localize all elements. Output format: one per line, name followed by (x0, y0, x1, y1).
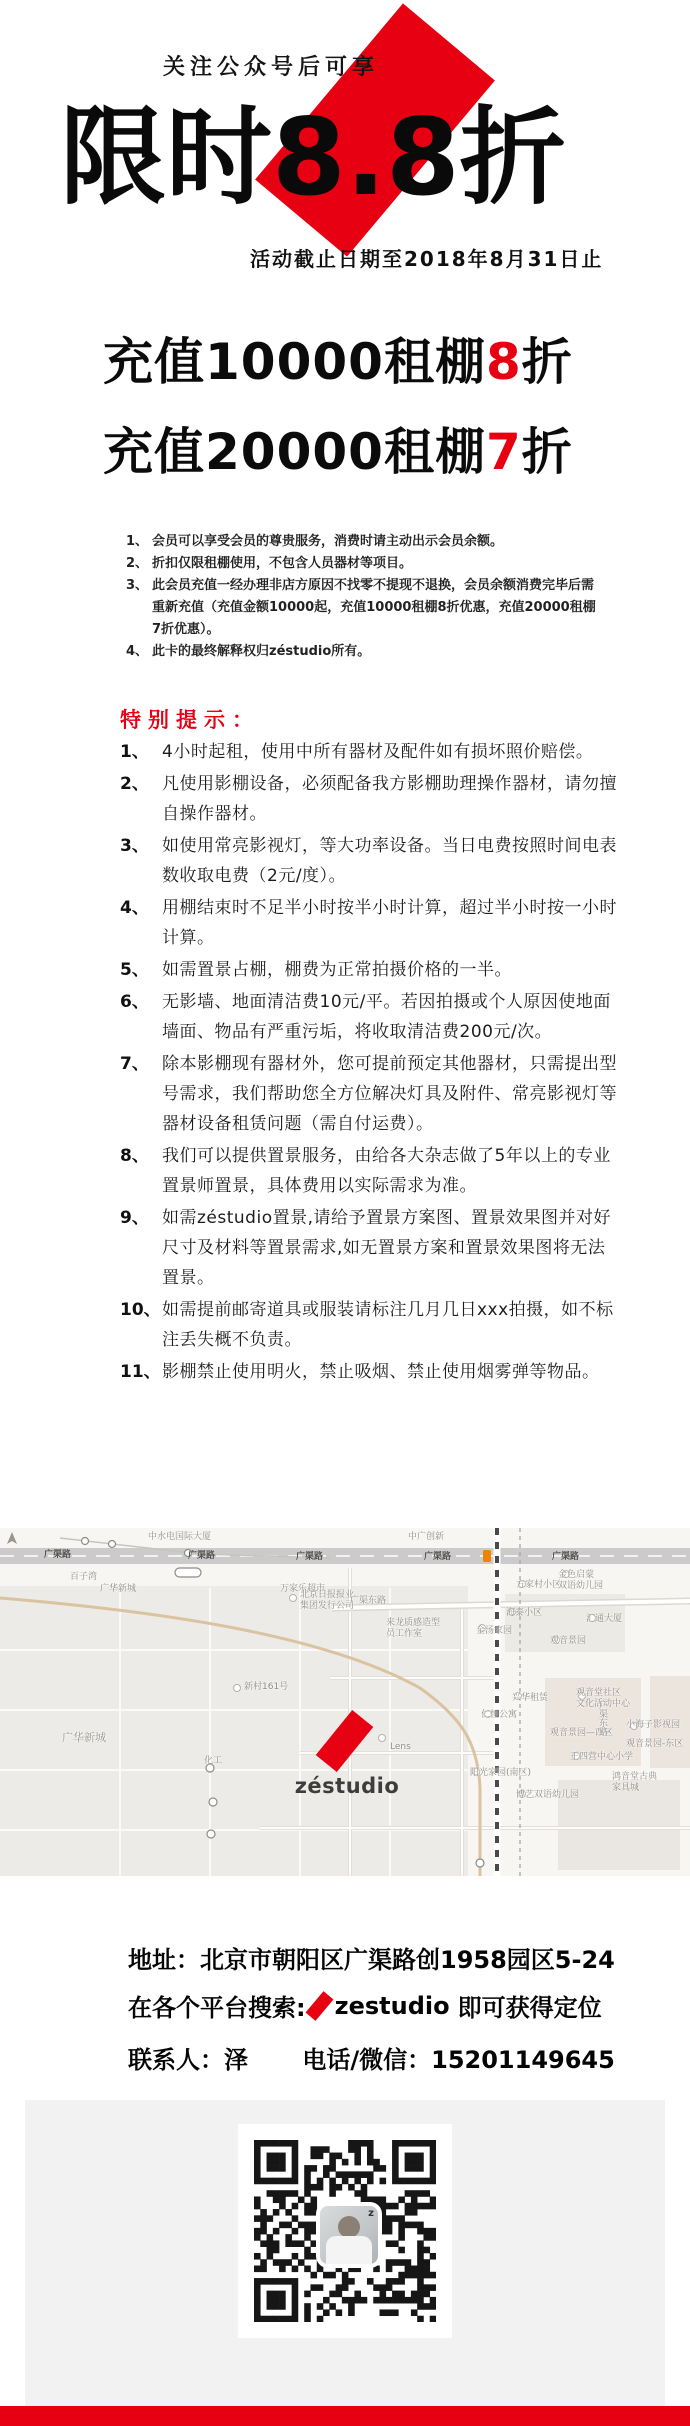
tip-text: 如需zéstudio置景,请给予置景方案图、置景效果图并对好尺寸及材料等置景需求… (162, 1203, 622, 1293)
map-label: 兴华租赁 (512, 1693, 548, 1704)
zestudio-diamond-icon (305, 1991, 333, 2021)
zestudio-logo-wordmark: zéstudio (252, 1774, 442, 1798)
term-text: 会员可以享受会员的尊贵服务，消费时请主动出示会员余额。 (152, 531, 602, 553)
location-map: 广渠路 广渠路 广渠路 广渠路 广渠路 中水电国际大厦 百子湾 广华新城 万家乐… (0, 1528, 690, 1876)
special-tips-heading: 特别提示： (120, 704, 260, 734)
offer-suffix: 折 (522, 333, 573, 391)
tip-item: 7、除本影棚现有器材外，您可提前预定其他器材，只需提出型号需求，我们帮助您全方位… (120, 1049, 622, 1139)
offer-prefix: 充值10000租棚 (103, 333, 486, 391)
offer-prefix: 充值20000租棚 (103, 423, 486, 481)
promo-poster: 关注公众号后可享 限时8.8折 活动截止日期至2018年8月31日止 充值100… (0, 0, 690, 2426)
term-item: 4、此卡的最终解释权归zéstudio所有。 (126, 641, 628, 663)
tip-text: 除本影棚现有器材外，您可提前预定其他器材，只需提出型号需求，我们帮助您全方位解决… (162, 1049, 622, 1139)
map-label: 广华新城 (100, 1584, 136, 1595)
map-label: 方家村小区 (516, 1580, 561, 1591)
tip-text: 影棚禁止使用明火，禁止吸烟、禁止使用烟雾弹等物品。 (162, 1357, 622, 1387)
road-label: 广渠路 (296, 1552, 323, 1562)
avatar-head (338, 2216, 360, 2238)
road-label: 广渠路 (424, 1552, 451, 1562)
tip-item: 2、凡使用影棚设备，必须配备我方影棚助理操作器材，请勿擅自操作器材。 (120, 769, 622, 829)
offer-line-10000: 充值10000租棚8折 (103, 322, 573, 394)
term-text: 折扣仅限租棚使用，不包含人员器材等项目。 (152, 553, 602, 575)
term-item: 3、此会员充值一经办理非店方原因不找零不提现不退换，会员余额消费完毕后需重新充值… (126, 575, 628, 641)
term-number: 2、 (126, 553, 152, 575)
follow-note: 关注公众号后可享 (163, 50, 379, 81)
tip-number: 6、 (120, 987, 162, 1047)
road-label: 广渠路 (552, 1552, 579, 1562)
tip-number: 2、 (120, 769, 162, 829)
tip-item: 3、如使用常亮影视灯，等大功率设备。当日电费按照时间电表数收取电费（2元/度）。 (120, 831, 622, 891)
contact-person: 联系人：泽 (128, 2046, 248, 2074)
offer-discount-digit: 8 (486, 333, 522, 391)
map-label-vertical: 广渠东路 (596, 1700, 607, 1736)
map-label: 中水电国际大厦 (148, 1532, 211, 1543)
tip-text: 我们可以提供置景服务，由给各大杂志做了5年以上的专业置景师置景，具体费用以实际需… (162, 1141, 622, 1201)
map-label: 新村161号 (244, 1682, 288, 1693)
bottom-red-bar (0, 2406, 690, 2426)
tip-text: 无影墙、地面清洁费10元/平。若因拍摄或个人原因使地面墙面、物品有严重污垢，将收… (162, 987, 622, 1047)
road-label: 广渠路 (44, 1550, 71, 1560)
offer-discount-digit: 7 (486, 423, 522, 481)
tip-number: 9、 (120, 1203, 162, 1293)
map-label: 王四营中心小学 (570, 1752, 633, 1763)
map-label: 海泰小区 (506, 1608, 542, 1619)
map-label: 金色启蒙 双语幼儿园 (558, 1570, 603, 1592)
term-number: 4、 (126, 641, 152, 663)
term-text: 此卡的最终解释权归zéstudio所有。 (152, 641, 602, 663)
deadline-text: 活动截止日期至2018年8月31日止 (250, 243, 603, 272)
tip-number: 10、 (120, 1295, 162, 1355)
map-label: 金汤家园 (476, 1626, 512, 1637)
map-label: 观音景园 (550, 1636, 586, 1647)
map-label: 广华新城 (62, 1732, 106, 1743)
map-label: 阳光家园(南区) (470, 1768, 531, 1779)
map-label: 来龙质感造型 员工作室 (386, 1618, 440, 1640)
tip-number: 4、 (120, 893, 162, 953)
special-tips-list: 1、4小时起租，使用中所有器材及配件如有损坏照价赔偿。 2、凡使用影棚设备，必须… (120, 737, 622, 1389)
tip-item: 8、我们可以提供置景服务，由给各大杂志做了5年以上的专业置景师置景，具体费用以实… (120, 1141, 622, 1201)
tip-text: 用棚结束时不足半小时按半小时计算，超过半小时按一小时计算。 (162, 893, 622, 953)
tip-item: 10、如需提前邮寄道具或服装请标注几月几日xxx拍摄，如不标注丢失概不负责。 (120, 1295, 622, 1355)
tip-item: 4、用棚结束时不足半小时按半小时计算，超过半小时按一小时计算。 (120, 893, 622, 953)
map-label: 中广创新 (408, 1532, 444, 1543)
road-label: 广渠路 (188, 1551, 215, 1561)
tip-number: 11、 (120, 1357, 162, 1387)
offer-line-20000: 充值20000租棚7折 (103, 412, 573, 484)
search-prefix: 在各个平台搜索: (128, 1988, 306, 2023)
address-line: 地址：北京市朝阳区广渠路创1958园区5-24 (128, 1940, 615, 1975)
map-label: Lens (390, 1742, 411, 1753)
member-terms-list: 1、会员可以享受会员的尊贵服务，消费时请主动出示会员余额。 2、折扣仅限租棚使用… (126, 531, 628, 663)
tip-text: 凡使用影棚设备，必须配备我方影棚助理操作器材，请勿擅自操作器材。 (162, 769, 622, 829)
contact-line: 联系人：泽 电话/微信：15201149645 (128, 2040, 615, 2075)
tip-number: 3、 (120, 831, 162, 891)
qr-center-avatar: z (316, 2202, 382, 2268)
tip-item: 9、如需zéstudio置景,请给予置景方案图、置景效果图并对好尺寸及材料等置景… (120, 1203, 622, 1293)
tip-text: 如需置景占棚，棚费为正常拍摄价格的一半。 (162, 955, 622, 985)
tip-item: 6、无影墙、地面清洁费10元/平。若因拍摄或个人原因使地面墙面、物品有严重污垢，… (120, 987, 622, 1047)
tip-number: 1、 (120, 737, 162, 767)
search-brand: zestudio (335, 1992, 450, 2020)
poi-orange-marker (483, 1550, 491, 1562)
term-number: 3、 (126, 575, 152, 641)
term-item: 1、会员可以享受会员的尊贵服务，消费时请主动出示会员余额。 (126, 531, 628, 553)
map-label: 汇通大厦 (586, 1614, 622, 1625)
search-suffix: 即可获得定位 (458, 1988, 602, 2023)
map-label: 化工 (204, 1756, 222, 1767)
offer-suffix: 折 (522, 423, 573, 481)
tip-item: 11、影棚禁止使用明火，禁止吸烟、禁止使用烟雾弹等物品。 (120, 1357, 622, 1387)
contact-phone: 电话/微信：15201149645 (302, 2046, 614, 2074)
map-label: 北京日报报业 集团发行公司 (300, 1590, 354, 1612)
search-line: 在各个平台搜索: zestudio 即可获得定位 (128, 1988, 602, 2023)
map-label: 广渠东路 (350, 1596, 386, 1607)
promo-title: 限时8.8折 (60, 102, 566, 213)
tip-text: 4小时起租，使用中所有器材及配件如有损坏照价赔偿。 (162, 737, 622, 767)
tip-number: 7、 (120, 1049, 162, 1139)
map-label: 博艺双语幼儿园 (516, 1790, 579, 1801)
term-item: 2、折扣仅限租棚使用，不包含人员器材等项目。 (126, 553, 628, 575)
tip-number: 8、 (120, 1141, 162, 1201)
map-label: 小海子影视园 (626, 1720, 680, 1731)
avatar-shirt (326, 2236, 372, 2266)
tip-number: 5、 (120, 955, 162, 985)
tip-text: 如使用常亮影视灯，等大功率设备。当日电费按照时间电表数收取电费（2元/度）。 (162, 831, 622, 891)
term-number: 1、 (126, 531, 152, 553)
tip-item: 1、4小时起租，使用中所有器材及配件如有损坏照价赔偿。 (120, 737, 622, 767)
term-text: 此会员充值一经办理非店方原因不找零不提现不退换，会员余额消费完毕后需重新充值（充… (152, 575, 602, 641)
map-label: 仁恒公寓 (481, 1710, 517, 1721)
map-label: 观音景园-东区 (626, 1739, 683, 1750)
tip-item: 5、如需置景占棚，棚费为正常拍摄价格的一半。 (120, 955, 622, 985)
tip-text: 如需提前邮寄道具或服装请标注几月几日xxx拍摄，如不标注丢失概不负责。 (162, 1295, 622, 1355)
map-label: 鸿音堂古典 家具城 (612, 1772, 657, 1794)
map-label: 百子湾 (70, 1572, 97, 1583)
